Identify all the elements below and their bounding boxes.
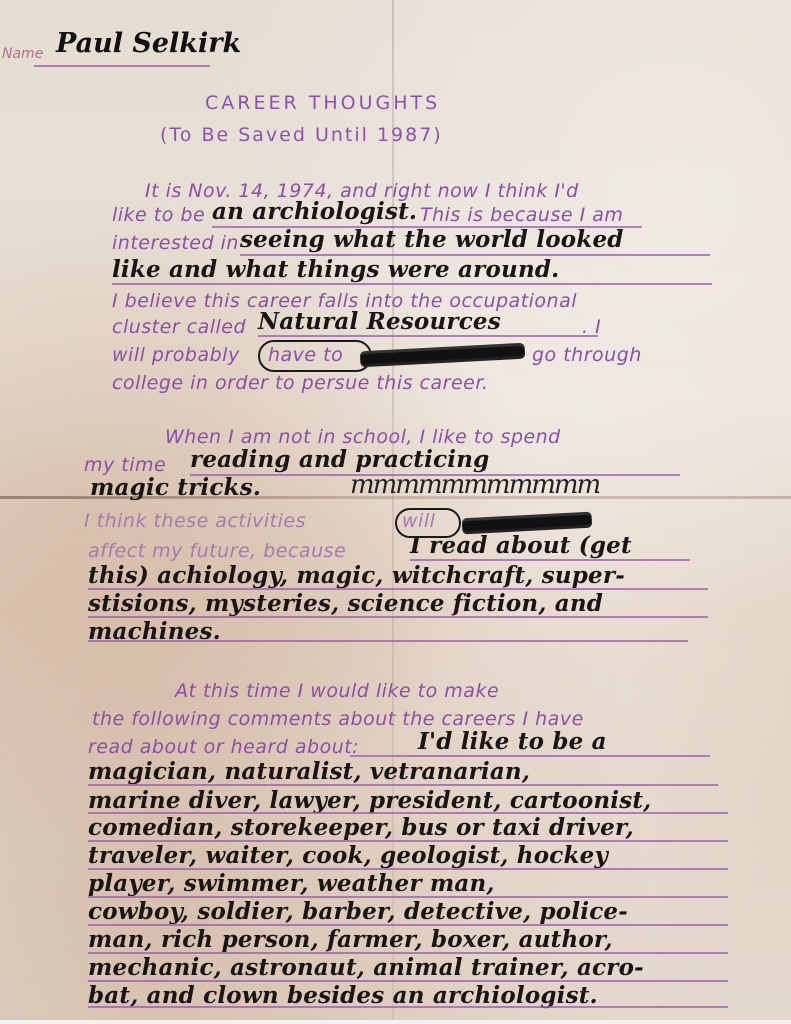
p3-line-10-hand: man, rich person, farmer, boxer, author,	[88, 926, 613, 953]
p2-line-5-hand: I read about (get	[410, 532, 632, 559]
p2-line-4-circled: will	[402, 510, 435, 532]
document-subtitle: (To Be Saved Until 1987)	[160, 124, 443, 146]
p3-line-11-hand: mechanic, astronaut, animal trainer, acr…	[88, 954, 644, 981]
rule	[410, 559, 690, 561]
p1-line-7-circled: have to	[268, 344, 343, 366]
p2-line-7-hand: stisions, mysteries, science fiction, an…	[88, 590, 603, 617]
p3-line-1: At this time I would like to make	[175, 680, 499, 702]
p2-line-1: When I am not in school, I like to spend	[165, 426, 561, 448]
p3-line-12-hand: bat, and clown besides an archiologist.	[88, 982, 598, 1009]
p1-line-3-printed: interested in	[112, 232, 239, 254]
p2-line-5-printed: affect my future, because	[88, 540, 346, 562]
rule	[258, 335, 598, 337]
p1-line-6-printed: cluster called	[112, 316, 246, 338]
p1-line-2-after: This is because I am	[420, 204, 623, 226]
rule	[88, 1006, 728, 1008]
p3-line-2: the following comments about the careers…	[92, 708, 584, 730]
p2-line-2-hand: reading and practicing	[190, 446, 489, 473]
p1-line-2-hand: an archiologist.	[212, 198, 417, 225]
p1-line-7-printed: will probably	[112, 344, 240, 366]
rule	[88, 784, 718, 786]
p1-line-4-hand: like and what things were around.	[112, 256, 559, 283]
p1-line-8: college in order to persue this career.	[112, 372, 488, 394]
p3-line-6-hand: comedian, storekeeper, bus or taxi drive…	[88, 814, 634, 841]
p2-line-2-printed: my time	[84, 454, 166, 476]
p1-line-3-hand: seeing what the world looked	[240, 226, 624, 253]
rule	[88, 640, 688, 642]
p3-line-7-hand: traveler, waiter, cook, geologist, hocke…	[88, 842, 608, 869]
rule	[350, 755, 710, 757]
scribble-wave: mmmmmmmmmmm	[350, 470, 599, 500]
p2-line-3-hand: magic tricks.	[90, 474, 261, 501]
p3-line-3-hand: I'd like to be a	[418, 728, 607, 755]
p1-line-2-printed: like to be	[112, 204, 205, 226]
p2-line-4-printed: I think these activities	[84, 510, 306, 532]
p3-line-8-hand: player, swimmer, weather man,	[88, 870, 495, 897]
p3-line-5-hand: marine diver, lawyer, president, cartoon…	[88, 787, 651, 814]
p3-line-3-printed: read about or heard about:	[88, 736, 359, 758]
p3-line-4-hand: magician, naturalist, vetranarian,	[88, 758, 530, 785]
p2-line-6-hand: this) achiology, magic, witchcraft, supe…	[88, 562, 625, 589]
p1-line-7-after: go through	[532, 344, 642, 366]
student-name: Paul Selkirk	[56, 28, 241, 59]
rule	[112, 283, 712, 285]
name-rule	[34, 65, 210, 67]
document-title: CAREER THOUGHTS	[205, 92, 440, 114]
p3-line-9-hand: cowboy, soldier, barber, detective, poli…	[88, 898, 628, 925]
name-label: Name	[2, 46, 43, 62]
p1-line-6-hand: Natural Resources	[258, 308, 501, 335]
scan-edge	[0, 1020, 791, 1024]
